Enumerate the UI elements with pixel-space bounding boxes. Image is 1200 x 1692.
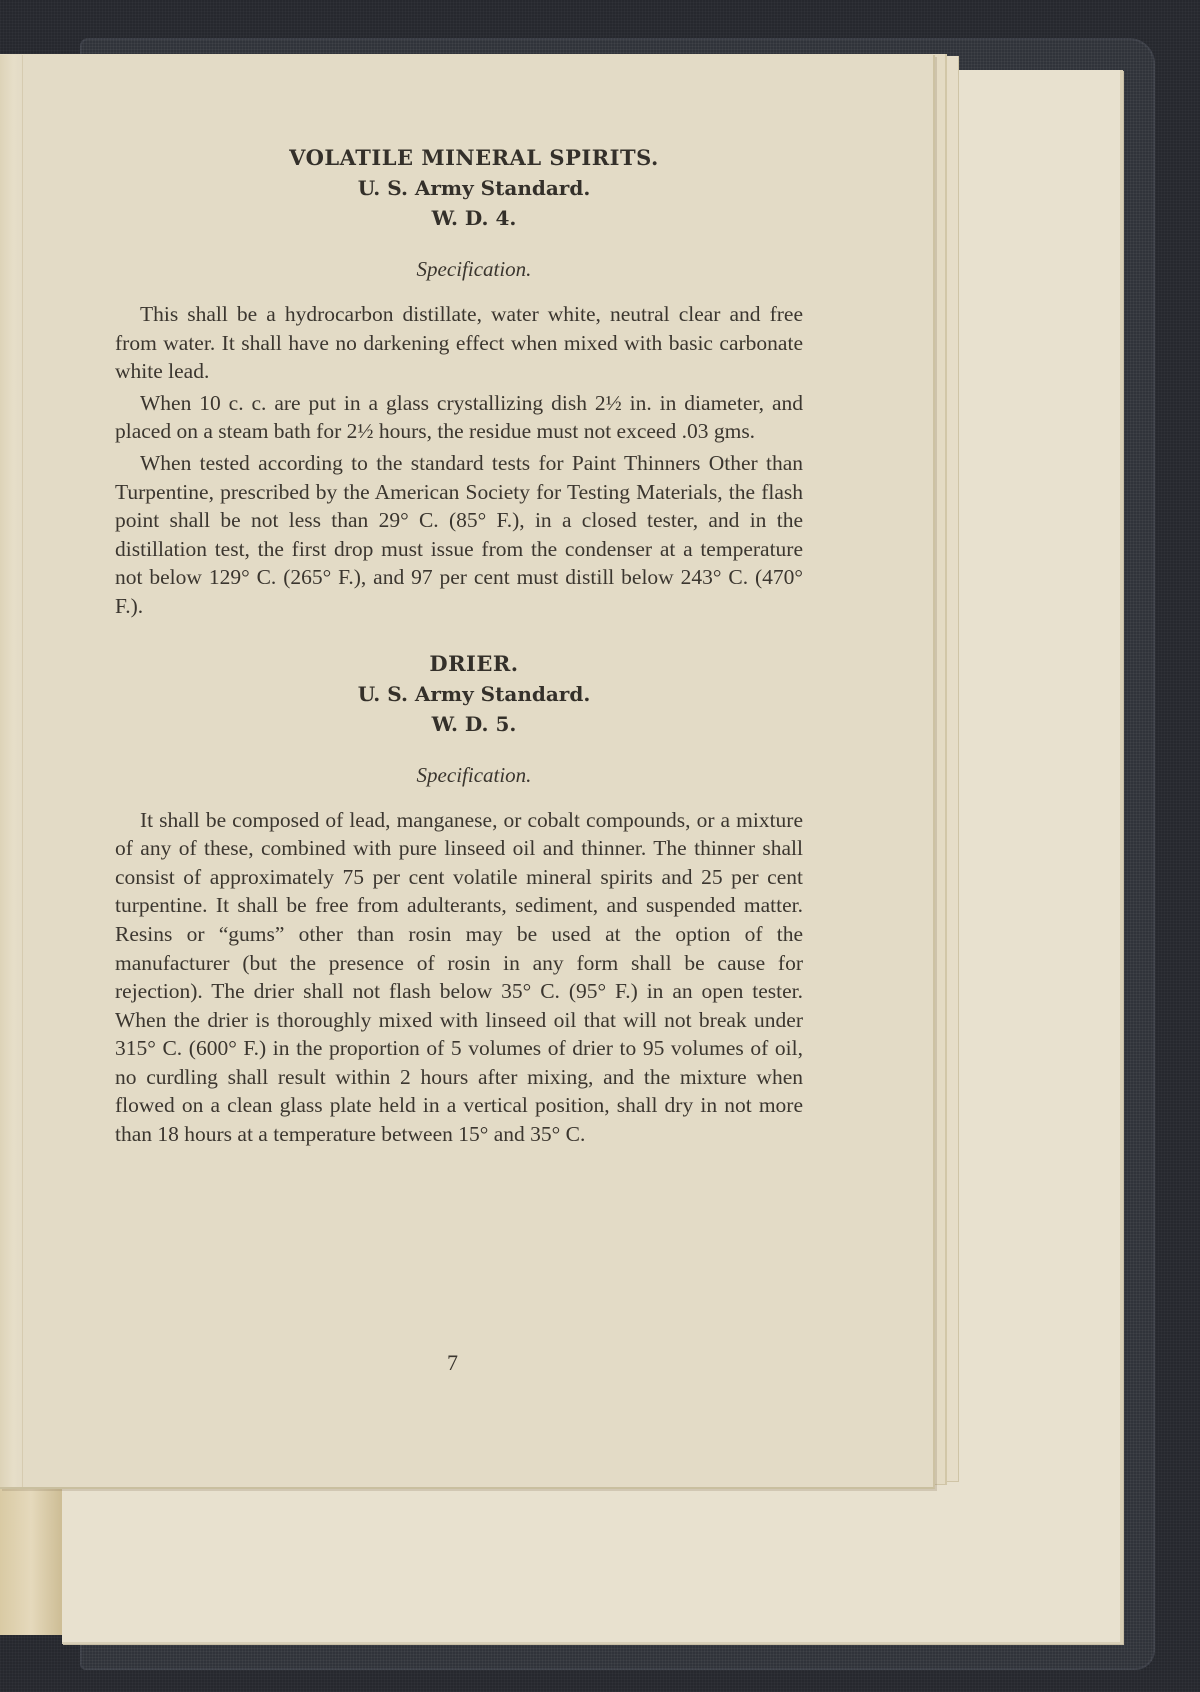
section-code: W. D. 4. <box>115 203 803 233</box>
binding-strip <box>0 1485 62 1635</box>
section-subtitle: U. S. Army Standard. <box>115 679 803 709</box>
binding-edge <box>0 55 23 1487</box>
specification-label: Specification. <box>115 257 803 282</box>
paragraph: It shall be composed of lead, manganese,… <box>115 806 803 1149</box>
page-number: 7 <box>447 1350 458 1376</box>
section-subtitle: U. S. Army Standard. <box>115 173 803 203</box>
section-drier: DRIER. U. S. Army Standard. W. D. 5. Spe… <box>115 649 803 1149</box>
paragraph: When tested according to the standard te… <box>115 449 803 621</box>
section-title: VOLATILE MINERAL SPIRITS. <box>115 143 803 173</box>
section-title: DRIER. <box>115 649 803 679</box>
page-content: VOLATILE MINERAL SPIRITS. U. S. Army Sta… <box>115 143 803 1152</box>
paragraph: This shall be a hydrocarbon distillate, … <box>115 300 803 386</box>
specification-label: Specification. <box>115 763 803 788</box>
section-volatile-mineral-spirits: VOLATILE MINERAL SPIRITS. U. S. Army Sta… <box>115 143 803 621</box>
section-code: W. D. 5. <box>115 709 803 739</box>
paragraph: When 10 c. c. are put in a glass crystal… <box>115 389 803 446</box>
